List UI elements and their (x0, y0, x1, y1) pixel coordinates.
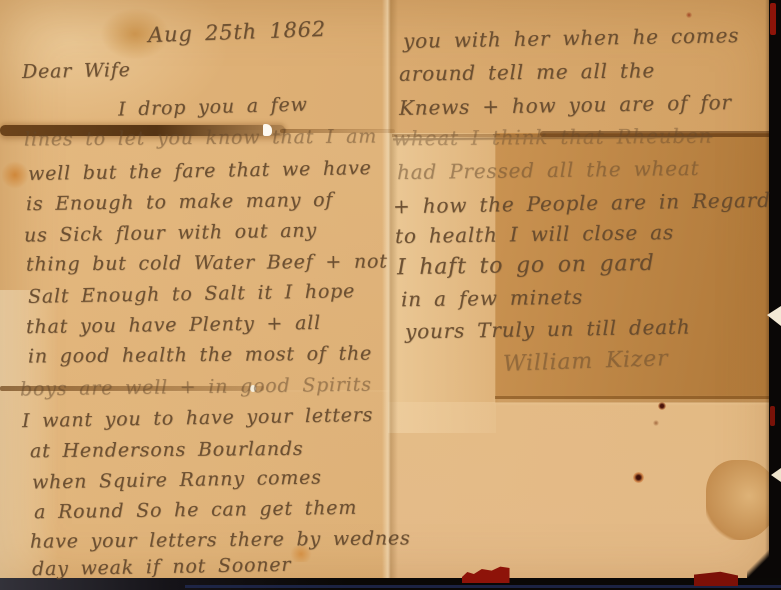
paper-edge-notch-small (771, 468, 781, 482)
letter-line: to health I will close as (395, 220, 674, 248)
letter-line: lines to let you know that I am (24, 125, 377, 150)
letter-line: I want you to have your letters (22, 404, 374, 432)
letter-line: that you have Plenty + all (26, 312, 321, 338)
letter-line: boys are well + in good Spirits (20, 374, 372, 401)
letter-line: around tell me all the (399, 58, 655, 86)
letter-line: well but the fare that we have (28, 157, 372, 185)
letter-scan: Aug 25th 1862 Dear Wife I drop you a few… (0, 0, 781, 590)
letter-line: I haft to go on gard (397, 251, 655, 280)
letter-line: had Pressed all the wheat (397, 156, 700, 184)
letter-line: I drop you a few (118, 94, 308, 121)
signature: William Kizer (503, 346, 669, 377)
letter-line: have your letters there by wednes (30, 527, 411, 552)
letter-line: Knews + how you are of for (399, 90, 732, 120)
letter-line: wheat I think that Rheuben (393, 124, 712, 151)
letter-line: when Squire Ranny comes (32, 466, 322, 493)
salutation: Dear Wife (22, 59, 131, 83)
letter-line: you with her when he comes (403, 23, 740, 53)
letter-line: us Sick flour with out any (24, 219, 317, 246)
letter-line: yours Truly un till death (405, 315, 691, 344)
letter-left-page: Aug 25th 1862 Dear Wife I drop you a few… (18, 0, 388, 590)
letter-line: + how the People are in Regard (393, 188, 771, 219)
date-line: Aug 25th 1862 (148, 17, 327, 47)
letter-line: at Hendersons Bourlands (30, 438, 304, 462)
letter-line: Salt Enough to Salt it I hope (28, 280, 355, 308)
letter-line: in a few minets (401, 285, 583, 312)
letter-right-page: you with her when he comes around tell m… (393, 0, 771, 590)
letter-line: in good health the most of the (28, 342, 372, 367)
letter-line: is Enough to make many of (26, 189, 333, 215)
letter-line: thing but cold Water Beef + not (26, 250, 388, 275)
letter-line: day weak if not Sooner (32, 554, 292, 581)
letter-line: a Round So he can get them (34, 497, 357, 524)
